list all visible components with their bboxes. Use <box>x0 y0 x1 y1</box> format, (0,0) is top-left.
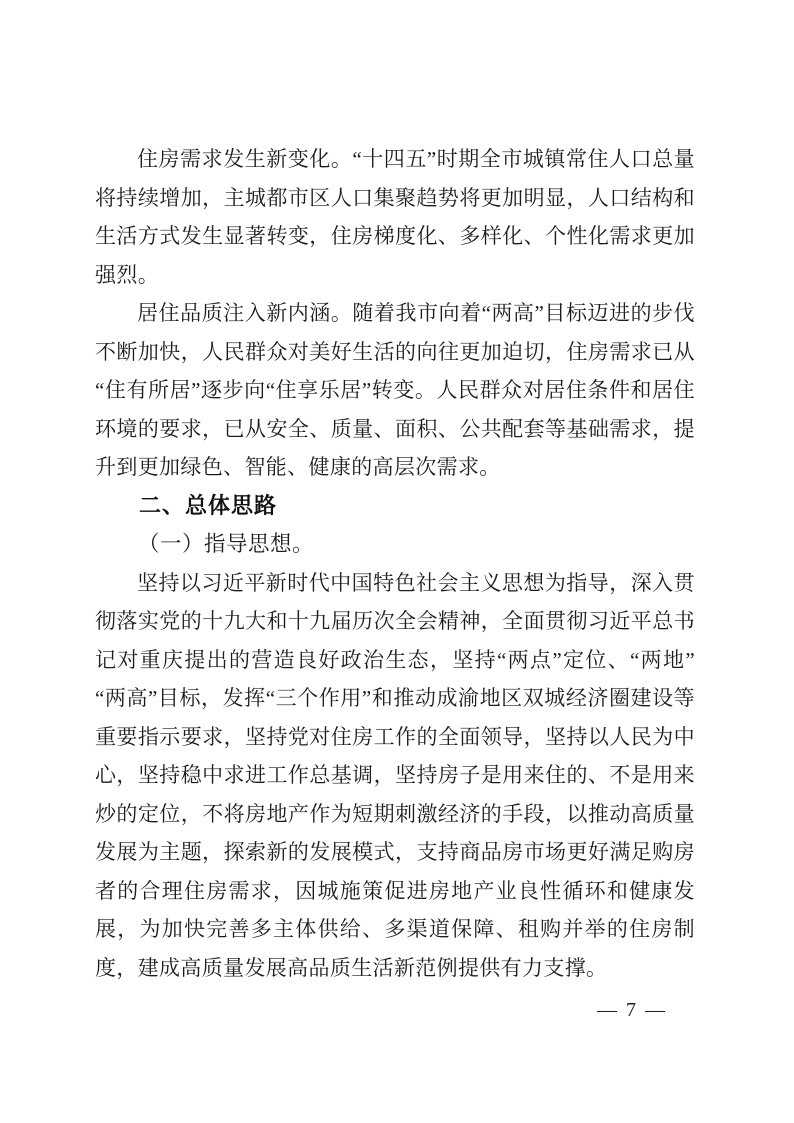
paragraph-living-quality: 居住品质注入新内涵。随着我市向着“两高”目标迈进的步伐不断加快，人民群众对美好生… <box>95 294 695 487</box>
paragraph-housing-demand: 住房需求发生新变化。“十四五”时期全市城镇常住人口总量将持续增加，主城都市区人口… <box>95 140 695 294</box>
section-heading-overall-approach: 二、总体思路 <box>95 487 695 526</box>
subsection-heading-guiding-ideology: （一）指导思想。 <box>95 525 695 564</box>
paragraph-guiding-ideology-body: 坚持以习近平新时代中国特色社会主义思想为指导，深入贯彻落实党的十九大和十九届历次… <box>95 564 695 988</box>
document-page: 住房需求发生新变化。“十四五”时期全市城镇常住人口总量将持续增加，主城都市区人口… <box>0 0 794 1123</box>
page-number: — 7 — <box>597 998 667 1022</box>
document-body: 住房需求发生新变化。“十四五”时期全市城镇常住人口总量将持续增加，主城都市区人口… <box>95 140 695 987</box>
